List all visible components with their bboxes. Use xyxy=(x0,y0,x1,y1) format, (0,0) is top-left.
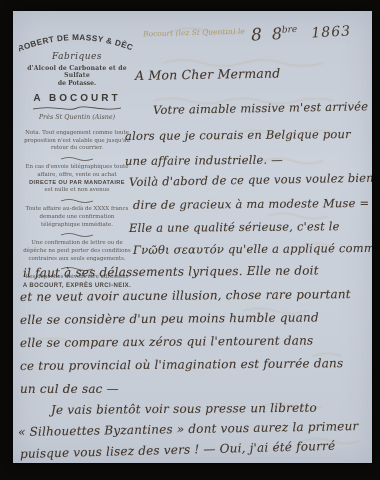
handwritten-line: alors que je courais en Belgique pour xyxy=(125,127,351,143)
letterhead-confirmation-note: Toute affaire au-delà de XXXX francs dem… xyxy=(19,206,135,229)
printed-dateline-place: Bocourt (lez St Quentin) le xyxy=(143,27,245,39)
handwritten-date: 88bre1863 xyxy=(251,20,352,45)
divider-flourish xyxy=(60,233,94,237)
date-month-suffix: bre xyxy=(282,25,298,36)
letterhead: L. ROBERT DE MASSY & DÈCLE. Fabriques d'… xyxy=(19,25,135,289)
letterhead-nota: Nota. Tout engagement comme toute propos… xyxy=(19,130,135,153)
letterhead-telegraph-line1: En cas d'envois télégraphiques toute aff… xyxy=(19,164,135,179)
letterhead-near: Près St Quentin (Aisne) xyxy=(19,113,135,121)
handwritten-line: elle se considère d'un peu moins humble … xyxy=(20,310,319,327)
letterhead-products-line2: de Potasse. xyxy=(19,80,135,87)
letter-page: L. ROBERT DE MASSY & DÈCLE. Fabriques d'… xyxy=(13,11,372,463)
handwritten-line: ce trou provincial où l'imagination est … xyxy=(20,356,343,373)
date-year: 1863 xyxy=(311,23,351,41)
handwritten-line: puisque vous lisez des vers ! — Oui, j'a… xyxy=(20,439,336,461)
company-name: L. ROBERT DE MASSY & DÈCLE. xyxy=(19,25,134,54)
handwritten-line: Voilà d'abord de ce que vous voulez bien xyxy=(129,171,372,189)
handwritten-line: une affaire industrielle. — xyxy=(125,153,283,168)
salutation: A Mon Cher Mermand xyxy=(135,65,281,83)
letterhead-location: A BOCOURT xyxy=(19,93,135,104)
flourish-underline xyxy=(29,105,125,112)
handwritten-line: dire de gracieux à ma modeste Muse = xyxy=(133,196,369,212)
handwritten-line: elle se compare aux zéros qui l'entouren… xyxy=(20,333,313,350)
letterhead-telegraph-line2: est nulle et non avenue xyxy=(19,187,135,195)
handwritten-line: et ne veut avoir aucune illusion, chose … xyxy=(20,287,351,304)
divider-flourish xyxy=(60,157,94,161)
letterhead-telegraph-bold: DIRECTE OU PAR MANDATAIRE xyxy=(19,180,135,186)
handwritten-line: Γνῶθι σεαυτόν qu'elle a appliqué comme xyxy=(133,241,372,257)
letterhead-conditions-note: Une confirmation de lettre ou de dépêche… xyxy=(19,240,135,263)
letterhead-depeches-bold: A BOCOURT, EXPRÈS URCI-NEIX. xyxy=(19,283,135,289)
handwritten-line: « Silhouettes Byzantines » dont vous aur… xyxy=(18,419,359,439)
divider-flourish xyxy=(60,199,94,203)
handwritten-line: Elle a une qualité sérieuse, c'est le xyxy=(129,219,340,235)
letterhead-company-arc: L. ROBERT DE MASSY & DÈCLE. xyxy=(19,25,135,55)
handwritten-line: un cul de sac — xyxy=(20,382,119,396)
letterhead-products-line1: d'Alcool de Carbonate et de Sulfate xyxy=(19,65,135,79)
handwritten-line: Je vais bientôt voir sous presse un libr… xyxy=(51,401,317,417)
handwritten-line: il faut à ses délassements lyriques. Ell… xyxy=(23,263,319,280)
date-day: 8 xyxy=(251,25,263,46)
handwritten-line: Votre aimable missive m'est arrivée ici xyxy=(153,99,372,117)
letterhead-fabriques: Fabriques xyxy=(19,52,135,62)
svg-text:L. ROBERT DE MASSY & DÈCLE.: L. ROBERT DE MASSY & DÈCLE. xyxy=(19,25,134,54)
